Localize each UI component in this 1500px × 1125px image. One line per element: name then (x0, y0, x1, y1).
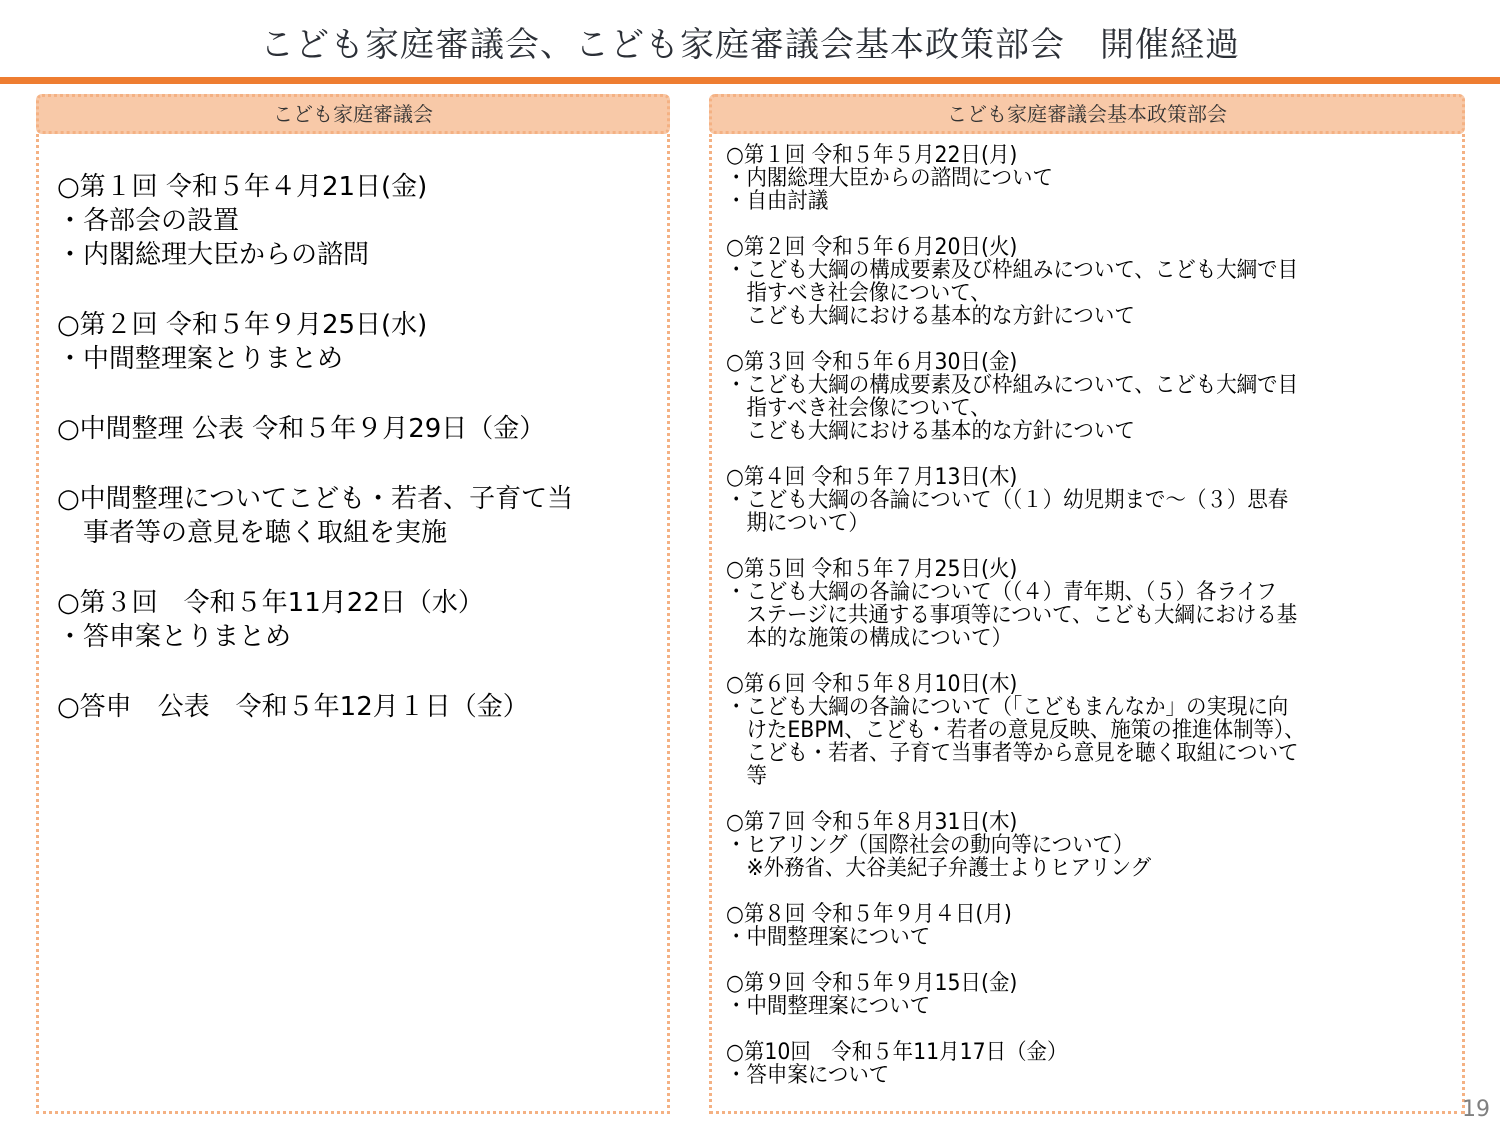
entry-heading: ○中間整理 公表 令和５年９月29日（金） (57, 412, 657, 446)
entry-line: 指すべき社会像について、 (726, 282, 1461, 305)
entry-line: 本的な施策の構成について） (726, 627, 1461, 650)
right-panel-header: こども家庭審議会基本政策部会 (709, 94, 1465, 134)
right-panel-body: ○第１回 令和５年５月22日(月) ・内閣総理大臣からの諮問について ・自由討議… (709, 134, 1465, 1114)
entry-item: ・中間整理案とりまとめ (57, 342, 657, 376)
entry-heading: ○第８回 令和５年９月４日(月) (726, 903, 1461, 926)
list-item: ○第９回 令和５年９月15日(金) ・中間整理案について (726, 972, 1461, 1018)
entry-line: ・中間整理案について (726, 926, 1461, 949)
entry-item: ・答申案とりまとめ (57, 620, 657, 654)
entry-item: ・内閣総理大臣からの諮問 (57, 238, 657, 272)
list-item: ○第８回 令和５年９月４日(月) ・中間整理案について (726, 903, 1461, 949)
page-number: 19 (1462, 1097, 1490, 1122)
left-panel-header: こども家庭審議会 (36, 94, 670, 134)
page-title: こども家庭審議会、こども家庭審議会基本政策部会 開催経過 (0, 22, 1500, 68)
entry-heading: ○第１回 令和５年４月21日(金) (57, 170, 657, 204)
entry-line: ・こども大綱の各論について（（１）幼児期まで～（３）思春 (726, 489, 1461, 512)
left-entry-list: ○第１回 令和５年４月21日(金) ・各部会の設置 ・内閣総理大臣からの諮問 ○… (57, 170, 657, 760)
entry-line: 等 (726, 765, 1461, 788)
entry-line: ・自由討議 (726, 190, 1461, 213)
entry-heading: ○中間整理についてこども・若者、子育て当 (57, 482, 657, 516)
entry-line: ・内閣総理大臣からの諮問について (726, 167, 1461, 190)
entry-line: ・こども大綱の各論について（（４）青年期、（５）各ライフ (726, 581, 1461, 604)
entry-line: けたEBPM、こども・若者の意見反映、施策の推進体制等）、 (726, 719, 1461, 742)
entry-heading: ○第３回 令和５年11月22日（水） (57, 586, 657, 620)
entry-heading: ○第６回 令和５年８月10日(木) (726, 673, 1461, 696)
list-item: ○第２回 令和５年９月25日(水) ・中間整理案とりまとめ (57, 308, 657, 376)
list-item: ○答申 公表 令和５年12月１日（金） (57, 690, 657, 724)
entry-line: 期について） (726, 512, 1461, 535)
entry-line: ・答申案について (726, 1064, 1461, 1087)
title-divider (0, 77, 1500, 84)
entry-line: ・こども大綱の構成要素及び枠組みについて、こども大綱で目 (726, 259, 1461, 282)
list-item: ○第３回 令和５年６月30日(金) ・こども大綱の構成要素及び枠組みについて、こ… (726, 351, 1461, 443)
entry-heading: ○第１回 令和５年５月22日(月) (726, 144, 1461, 167)
list-item: ○第２回 令和５年６月20日(火) ・こども大綱の構成要素及び枠組みについて、こ… (726, 236, 1461, 328)
entry-heading: ○第２回 令和５年９月25日(水) (57, 308, 657, 342)
entry-line: こども大綱における基本的な方針について (726, 420, 1461, 443)
list-item: ○第１回 令和５年５月22日(月) ・内閣総理大臣からの諮問について ・自由討議 (726, 144, 1461, 213)
entry-heading: ○第４回 令和５年７月13日(木) (726, 466, 1461, 489)
entry-line: こども大綱における基本的な方針について (726, 305, 1461, 328)
entry-heading: ○第２回 令和５年６月20日(火) (726, 236, 1461, 259)
entry-line: ・中間整理案について (726, 995, 1461, 1018)
entry-heading: ○第７回 令和５年８月31日(木) (726, 811, 1461, 834)
entry-item: ・各部会の設置 (57, 204, 657, 238)
list-item: ○第１回 令和５年４月21日(金) ・各部会の設置 ・内閣総理大臣からの諮問 (57, 170, 657, 272)
left-panel-body: ○第１回 令和５年４月21日(金) ・各部会の設置 ・内閣総理大臣からの諮問 ○… (36, 134, 670, 1114)
entry-line: 指すべき社会像について、 (726, 397, 1461, 420)
list-item: ○中間整理 公表 令和５年９月29日（金） (57, 412, 657, 446)
list-item: ○中間整理についてこども・若者、子育て当 事者等の意見を聴く取組を実施 (57, 482, 657, 550)
entry-line: ※外務省、大谷美紀子弁護士よりヒアリング (726, 857, 1461, 880)
entry-line: こども・若者、子育て当事者等から意見を聴く取組について (726, 742, 1461, 765)
list-item: ○第４回 令和５年７月13日(木) ・こども大綱の各論について（（１）幼児期まで… (726, 466, 1461, 535)
right-entry-list: ○第１回 令和５年５月22日(月) ・内閣総理大臣からの諮問について ・自由討議… (726, 144, 1461, 1110)
list-item: ○第３回 令和５年11月22日（水） ・答申案とりまとめ (57, 586, 657, 654)
list-item: ○第10回 令和５年11月17日（金） ・答申案について (726, 1041, 1461, 1087)
entry-continuation: 事者等の意見を聴く取組を実施 (57, 516, 657, 550)
entry-heading: ○第５回 令和５年７月25日(火) (726, 558, 1461, 581)
entry-line: ・ヒアリング（国際社会の動向等について） (726, 834, 1461, 857)
list-item: ○第５回 令和５年７月25日(火) ・こども大綱の各論について（（４）青年期、（… (726, 558, 1461, 650)
entry-heading: ○第10回 令和５年11月17日（金） (726, 1041, 1461, 1064)
entry-line: ・こども大綱の構成要素及び枠組みについて、こども大綱で目 (726, 374, 1461, 397)
entry-line: ・こども大綱の各論について（「こどもまんなか」の実現に向 (726, 696, 1461, 719)
entry-heading: ○第３回 令和５年６月30日(金) (726, 351, 1461, 374)
entry-heading: ○答申 公表 令和５年12月１日（金） (57, 690, 657, 724)
entry-heading: ○第９回 令和５年９月15日(金) (726, 972, 1461, 995)
entry-line: ステージに共通する事項等について、こども大綱における基 (726, 604, 1461, 627)
list-item: ○第７回 令和５年８月31日(木) ・ヒアリング（国際社会の動向等について） ※… (726, 811, 1461, 880)
list-item: ○第６回 令和５年８月10日(木) ・こども大綱の各論について（「こどもまんなか… (726, 673, 1461, 788)
